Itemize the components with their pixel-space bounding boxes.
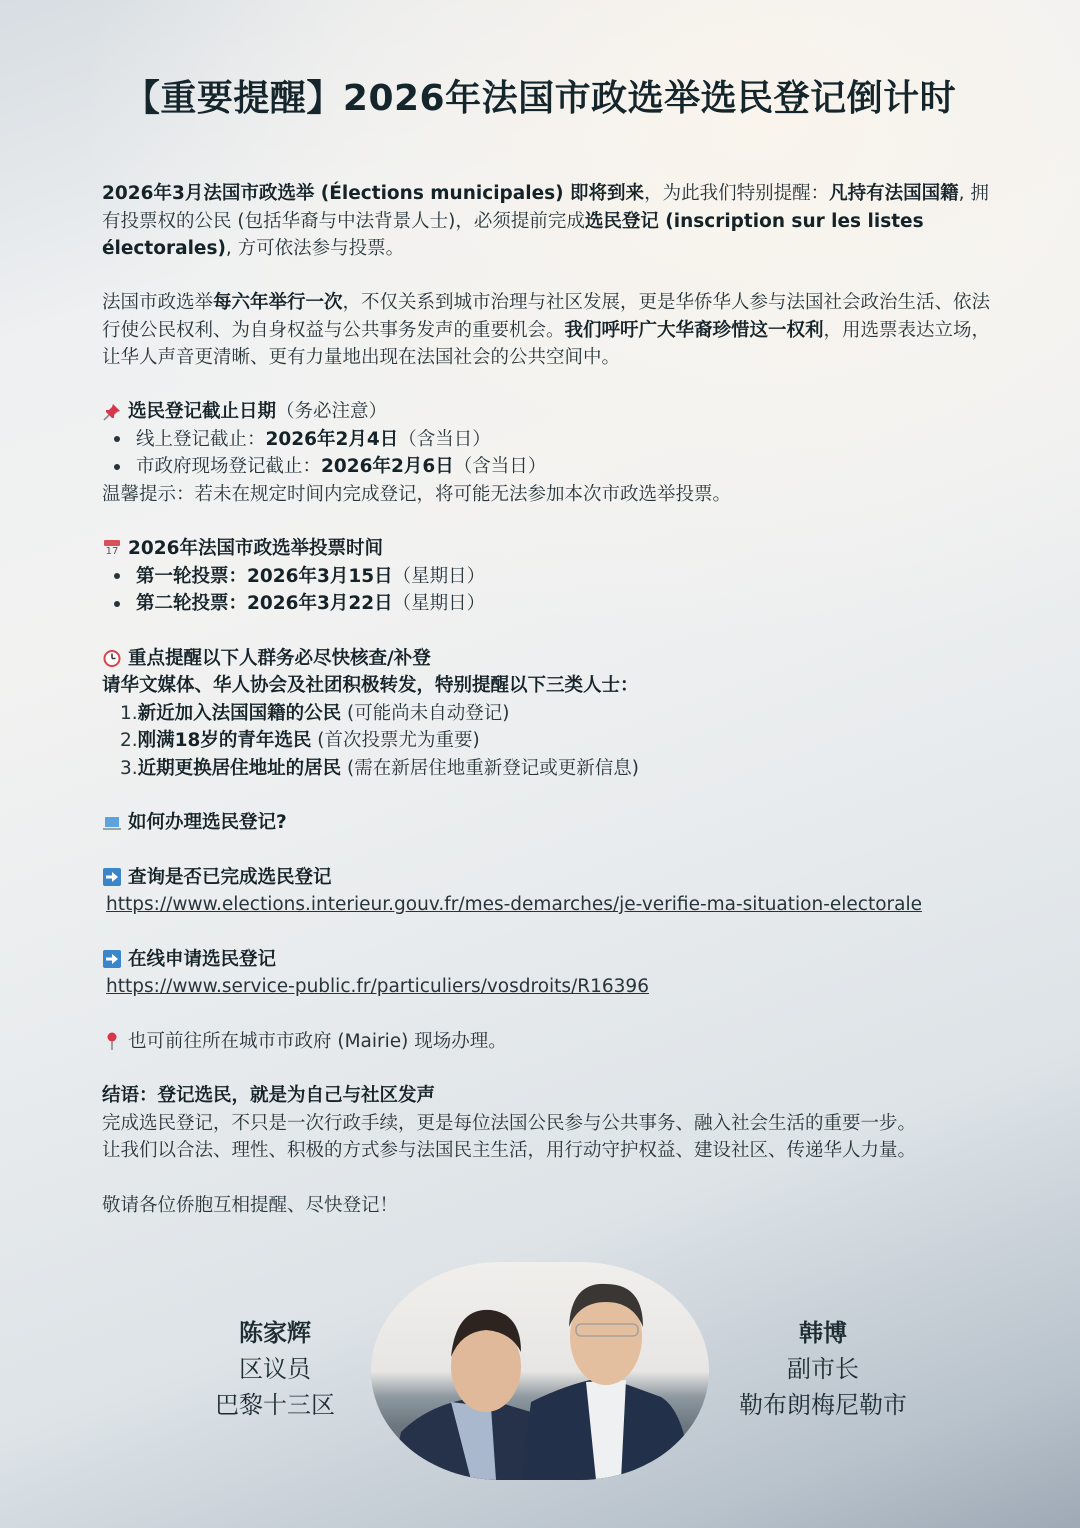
p2-text-1: 法国市政选举: [102, 292, 213, 313]
check-registration-heading: 查询是否已完成选民登记: [102, 864, 992, 892]
deadline-note: （含当日）: [454, 453, 547, 481]
voting-heading-text: 2026年法国市政选举投票时间: [128, 535, 383, 563]
apply-online-heading: 在线申请选民登记: [102, 946, 992, 974]
closing-line: 敬请各位侨胞互相提醒、尽快登记！: [102, 1192, 992, 1220]
check-heading-text: 查询是否已完成选民登记: [128, 864, 332, 892]
signatories-photo: [371, 1262, 709, 1480]
groups-heading: 重点提醒以下人群务必尽快核查/补登: [102, 645, 992, 673]
voting-note: （星期日）: [393, 590, 486, 618]
deadline-label: 线上登记截止：: [136, 426, 266, 454]
bullet-dot: [114, 573, 120, 579]
deadline-item: 线上登记截止：2026年2月4日（含当日）: [102, 426, 992, 454]
alarm-clock-icon: [102, 648, 122, 668]
signatory-right: 韩博 副市长 勒布朗梅尼勒市: [693, 1315, 953, 1423]
group-item: 3.近期更换居住地址的居民 (需在新居住地重新登记或更新信息): [102, 755, 992, 783]
deadline-heading-note: （务必注意）: [276, 398, 387, 426]
signatory-role: 副市长: [693, 1351, 953, 1387]
group-note: (需在新居住地重新登记或更新信息): [341, 758, 639, 779]
howto-heading: 如何办理选民登记?: [102, 809, 992, 837]
group-item: 1.新近加入法国国籍的公民 (可能尚未自动登记): [102, 700, 992, 728]
voting-label: 第一轮投票：: [136, 563, 247, 591]
voting-heading: 17 2026年法国市政选举投票时间: [102, 535, 992, 563]
laptop-icon: [102, 813, 122, 833]
voting-section: 17 2026年法国市政选举投票时间 第一轮投票：2026年3月15日（星期日）…: [102, 535, 992, 618]
p2-bold-2: 我们呼吁广大华裔珍惜这一权利: [565, 320, 824, 341]
pushpin-icon: [102, 402, 122, 422]
bullet-dot: [114, 464, 120, 470]
bullet-dot: [114, 601, 120, 607]
voting-date: 2026年3月15日: [247, 563, 393, 591]
intro-paragraph-2: 法国市政选举每六年举行一次，不仅关系到城市治理与社区发展，更是华侨华人参与法国社…: [102, 289, 992, 371]
group-label: 近期更换居住地址的居民: [138, 758, 342, 779]
groups-subheading: 请华文媒体、华人协会及社团积极转发，特别提醒以下三类人士：: [102, 672, 992, 700]
signatory-place: 勒布朗梅尼勒市: [693, 1387, 953, 1423]
deadline-tip: 温馨提示：若未在规定时间内完成登记，将可能无法参加本次市政选举投票。: [102, 481, 992, 509]
intro-text-1: ，为此我们特别提醒：: [644, 183, 829, 204]
deadline-note: （含当日）: [398, 426, 491, 454]
signatory-left: 陈家辉 区议员 巴黎十三区: [145, 1315, 405, 1423]
group-item: 2.刚满18岁的青年选民 (首次投票尤为重要): [102, 727, 992, 755]
arrow-right-icon: [102, 949, 122, 969]
groups-section: 重点提醒以下人群务必尽快核查/补登 请华文媒体、华人协会及社团积极转发，特别提醒…: [102, 645, 992, 783]
voting-note: （星期日）: [393, 563, 486, 591]
group-num: 1.: [120, 703, 138, 724]
conclusion-line: 完成选民登记，不只是一次行政手续，更是每位法国公民参与公共事务、融入社会生活的重…: [102, 1110, 992, 1138]
conclusion-heading: 结语：登记选民，就是为自己与社区发声: [102, 1082, 992, 1110]
intro-text-3: , 方可依法参与投票。: [226, 238, 404, 259]
check-registration-link[interactable]: https://www.elections.interieur.gouv.fr/…: [102, 891, 922, 919]
group-note: (首次投票尤为重要): [311, 730, 479, 751]
mairie-text: 也可前往所在城市市政府 (Mairie) 现场办理。: [128, 1028, 507, 1056]
deadline-heading: 选民登记截止日期 （务必注意）: [102, 398, 992, 426]
group-label: 新近加入法国国籍的公民: [138, 703, 342, 724]
voting-label: 第二轮投票：: [136, 590, 247, 618]
group-num: 3.: [120, 758, 138, 779]
group-label: 刚满18岁的青年选民: [138, 730, 312, 751]
signatory-place: 巴黎十三区: [145, 1387, 405, 1423]
calendar-day: 17: [104, 545, 120, 559]
conclusion-line: 让我们以合法、理性、积极的方式参与法国民主生活，用行动守护权益、建设社区、传递华…: [102, 1137, 992, 1165]
group-note: (可能尚未自动登记): [341, 703, 509, 724]
signatory-name: 韩博: [693, 1315, 953, 1351]
intro-bold-2: 凡持有法国国籍: [829, 183, 959, 204]
mairie-note: 也可前往所在城市市政府 (Mairie) 现场办理。: [102, 1028, 992, 1056]
signatory-role: 区议员: [145, 1351, 405, 1387]
intro-paragraph-1: 2026年3月法国市政选举 (Élections municipales) 即将…: [102, 180, 992, 262]
page-title: 【重要提醒】2026年法国市政选举选民登记倒计时: [0, 70, 1080, 121]
voting-date: 2026年3月22日: [247, 590, 393, 618]
deadline-date: 2026年2月4日: [266, 426, 399, 454]
calendar-icon: 17: [102, 539, 122, 559]
arrow-right-icon: [102, 867, 122, 887]
deadline-label: 市政府现场登记截止：: [136, 453, 321, 481]
apply-online-link[interactable]: https://www.service-public.fr/particulie…: [102, 973, 649, 1001]
bullet-dot: [114, 436, 120, 442]
apply-heading-text: 在线申请选民登记: [128, 946, 276, 974]
deadline-date: 2026年2月6日: [321, 453, 454, 481]
deadline-item: 市政府现场登记截止：2026年2月6日（含当日）: [102, 453, 992, 481]
deadline-heading-text: 选民登记截止日期: [128, 398, 276, 426]
signatory-name: 陈家辉: [145, 1315, 405, 1351]
intro-bold-1: 2026年3月法国市政选举 (Élections municipales) 即将…: [102, 183, 644, 204]
flyer-page: 【重要提醒】2026年法国市政选举选民登记倒计时 2026年3月法国市政选举 (…: [0, 0, 1080, 1528]
voting-item: 第一轮投票：2026年3月15日（星期日）: [102, 563, 992, 591]
howto-heading-text: 如何办理选民登记?: [128, 809, 287, 837]
round-pushpin-icon: [102, 1031, 122, 1051]
voting-item: 第二轮投票：2026年3月22日（星期日）: [102, 590, 992, 618]
p2-bold-1: 每六年举行一次: [213, 292, 343, 313]
content-body: 2026年3月法国市政选举 (Élections municipales) 即将…: [102, 180, 992, 1219]
groups-heading-text: 重点提醒以下人群务必尽快核查/补登: [128, 645, 431, 673]
group-num: 2.: [120, 730, 138, 751]
deadline-section: 选民登记截止日期 （务必注意） 线上登记截止：2026年2月4日（含当日） 市政…: [102, 398, 992, 508]
